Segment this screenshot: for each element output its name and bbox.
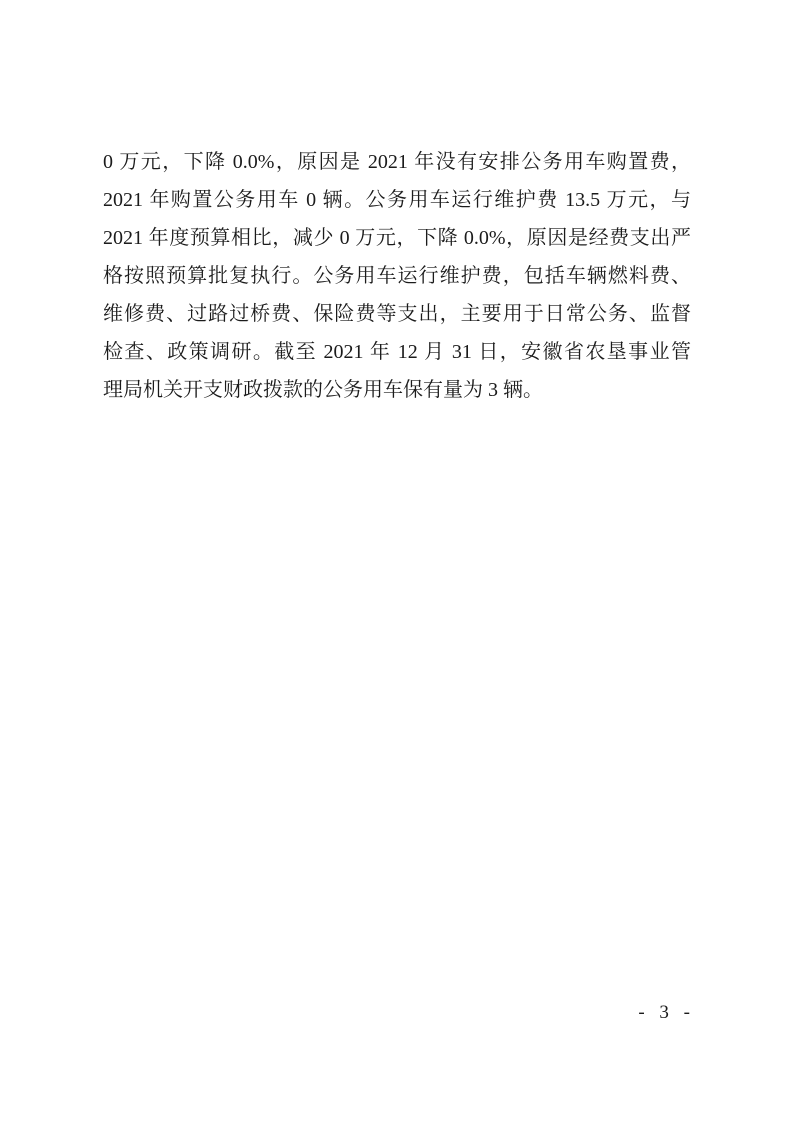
body-text-line: 检查、政策调研。截至 2021 年 12 月 31 日，安徽省农垦事业管 — [103, 333, 691, 371]
body-text-line: 2021 年购置公务用车 0 辆。公务用车运行维护费 13.5 万元，与 — [103, 181, 691, 219]
page-number: - 3 - — [638, 1001, 695, 1025]
document-page: 0 万元，下降 0.0%，原因是 2021 年没有安排公务用车购置费， 2021… — [0, 0, 794, 1123]
body-text-line: 维修费、过路过桥费、保险费等支出，主要用于日常公务、监督 — [103, 295, 691, 333]
body-text-line: 格按照预算批复执行。公务用车运行维护费，包括车辆燃料费、 — [103, 257, 691, 295]
body-paragraph: 0 万元，下降 0.0%，原因是 2021 年没有安排公务用车购置费， 2021… — [103, 143, 691, 409]
body-text-line: 0 万元，下降 0.0%，原因是 2021 年没有安排公务用车购置费， — [103, 143, 691, 181]
body-text-line: 理局机关开支财政拨款的公务用车保有量为 3 辆。 — [103, 371, 691, 409]
body-text-line: 2021 年度预算相比，减少 0 万元，下降 0.0%，原因是经费支出严 — [103, 219, 691, 257]
